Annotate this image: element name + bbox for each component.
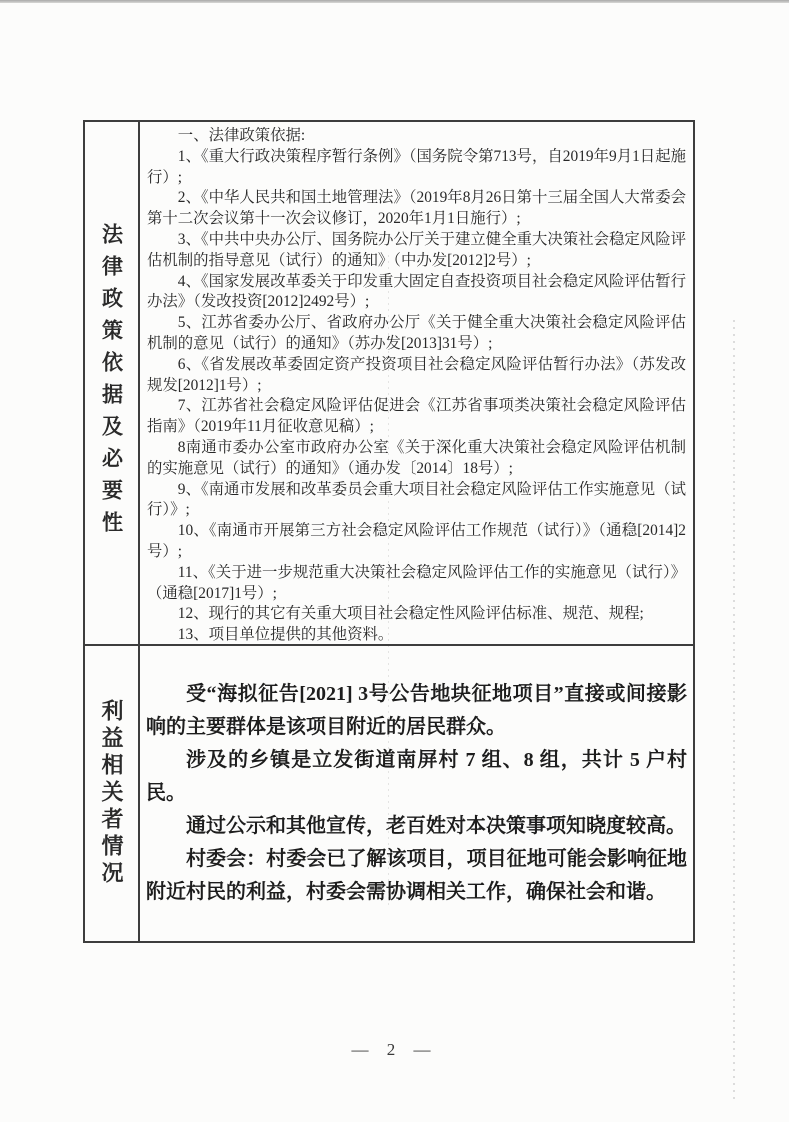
stakeholder-paragraph-1: 受“海拟征告[2021] 3号公告地块征地项目”直接或间接影响的主要群体是该项目… [146, 678, 687, 744]
legal-item-13: 13、项目单位提供的其他资料。 [147, 625, 686, 644]
legal-item-1: 1、《重大行政决策程序暂行条例》（国务院令第713号，自2019年9月1日起施行… [147, 147, 686, 189]
row-label-cell-stakeholders: 利益相关者情况 [85, 646, 140, 941]
stakeholder-paragraph-2: 涉及的乡镇是立发街道南屏村 7 组、8 组，共计 5 户村民。 [146, 744, 687, 810]
table-row-legal-basis: 法律政策依据及必要性 一、法律政策依据: 1、《重大行政决策程序暂行条例》（国务… [85, 122, 693, 646]
stakeholders-content: 受“海拟征告[2021] 3号公告地块征地项目”直接或间接影响的主要群体是该项目… [140, 646, 693, 941]
legal-item-9: 9、《南通市发展和改革委员会重大项目社会稳定风险评估工作实施意见（试行）》; [147, 480, 686, 522]
table-row-stakeholders: 利益相关者情况 受“海拟征告[2021] 3号公告地块征地项目”直接或间接影响的… [85, 646, 693, 941]
assessment-table: 法律政策依据及必要性 一、法律政策依据: 1、《重大行政决策程序暂行条例》（国务… [83, 120, 695, 943]
legal-item-12: 12、现行的其它有关重大项目社会稳定性风险评估标准、规范、规程; [147, 604, 686, 625]
row-label-cell-legal-basis: 法律政策依据及必要性 [85, 122, 140, 644]
legal-basis-content: 一、法律政策依据: 1、《重大行政决策程序暂行条例》（国务院令第713号，自20… [140, 122, 693, 644]
section-heading-legal-basis: 一、法律政策依据: [147, 126, 686, 147]
legal-item-8: 8南通市委办公室市政府办公室《关于深化重大决策社会稳定风险评估机制的实施意见（试… [147, 438, 686, 480]
scan-edge-artifact [0, 0, 789, 3]
legal-item-7: 7、江苏省社会稳定风险评估促进会《江苏省事项类决策社会稳定风险评估指南》（201… [147, 396, 686, 438]
scanned-document-page: 法律政策依据及必要性 一、法律政策依据: 1、《重大行政决策程序暂行条例》（国务… [0, 0, 789, 1122]
legal-item-5: 5、江苏省委办公厅、省政府办公厅《关于健全重大决策社会稳定风险评估机制的意见（试… [147, 313, 686, 355]
legal-item-3: 3、《中共中央办公厅、国务院办公厅关于建立健全重大决策社会稳定风险评估机制的指导… [147, 230, 686, 272]
scan-noise-line [733, 320, 735, 1100]
stakeholder-paragraph-3: 通过公示和其他宣传，老百姓对本决策事项知晓度较高。 [146, 810, 687, 843]
row-label-legal-basis: 法律政策依据及必要性 [97, 223, 127, 543]
stakeholder-paragraph-4: 村委会：村委会已了解该项目，项目征地可能会影响征地附近村民的利益，村委会需协调相… [146, 843, 687, 909]
legal-item-6: 6、《省发展改革委固定资产投资项目社会稳定风险评估暂行办法》（苏发改规发[201… [147, 355, 686, 397]
legal-item-10: 10、《南通市开展第三方社会稳定风险评估工作规范（试行）》（通稳[2014]2号… [147, 521, 686, 563]
legal-item-11: 11、《关于进一步规范重大决策社会稳定风险评估工作的实施意见（试行）》（通稳[2… [147, 563, 686, 605]
row-label-stakeholders: 利益相关者情况 [96, 699, 127, 888]
legal-item-2: 2、《中华人民共和国土地管理法》（2019年8月26日第十三届全国人大常委会第十… [147, 188, 686, 230]
page-number: — 2 — [0, 1040, 789, 1060]
legal-item-4: 4、《国家发展改革委关于印发重大固定自查投资项目社会稳定风险评估暂行办法》（发改… [147, 272, 686, 314]
